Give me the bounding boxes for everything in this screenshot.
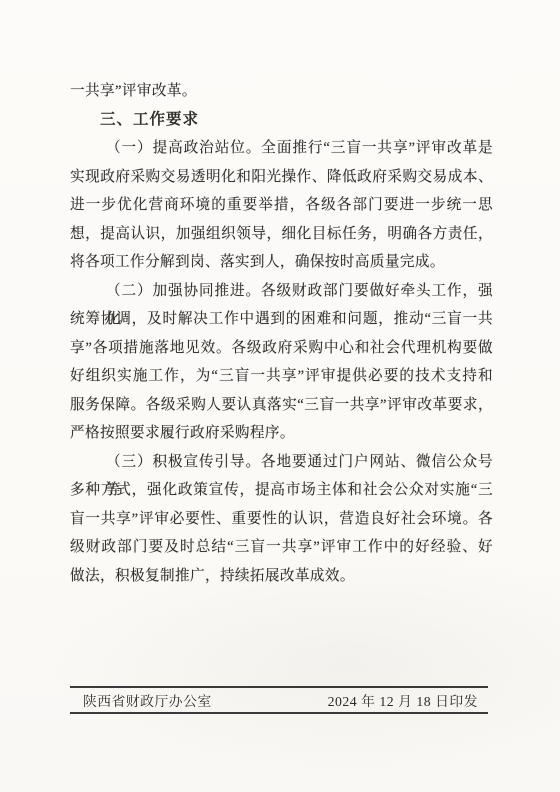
section-heading: 三、工作要求 bbox=[70, 106, 493, 135]
document-text-line: 盲一共享”评审必要性、重要性的认识，营造良好社会环境。各 bbox=[70, 505, 493, 534]
document-text-line: 想，提高认识，加强组织领导，细化目标任务，明确各方责任， bbox=[70, 220, 493, 249]
document-text-line: 服务保障。各级采购人要认真落实“三盲一共享”评审改革要求， bbox=[70, 391, 493, 420]
document-page: 一共享”评审改革。三、工作要求（一）提高政治站位。全面推行“三盲一共享”评审改革… bbox=[0, 0, 560, 792]
document-text-line: 统筹协调，及时解决工作中遇到的困难和问题，推动“三盲一共 bbox=[70, 305, 493, 334]
document-body: 一共享”评审改革。三、工作要求（一）提高政治站位。全面推行“三盲一共享”评审改革… bbox=[70, 77, 493, 590]
footer-print-date: 2024 年 12 月 18 日印发 bbox=[328, 690, 478, 710]
document-text-line: 级财政部门要及时总结“三盲一共享”评审工作中的好经验、好 bbox=[70, 533, 493, 562]
footer-issuer: 陕西省财政厅办公室 bbox=[83, 690, 212, 710]
document-text-line: 多种方式，强化政策宣传，提高市场主体和社会公众对实施“三 bbox=[70, 476, 493, 505]
document-text-line: 进一步优化营商环境的重要举措，各级各部门要进一步统一思 bbox=[70, 191, 493, 220]
document-text-line: （一）提高政治站位。全面推行“三盲一共享”评审改革是 bbox=[70, 134, 493, 163]
document-text-line: （二）加强协同推进。各级财政部门要做好牵头工作，强化 bbox=[70, 277, 493, 306]
document-text-line: 一共享”评审改革。 bbox=[70, 77, 493, 106]
document-text-line: 享”各项措施落地见效。各级政府采购中心和社会代理机构要做 bbox=[70, 334, 493, 363]
document-text-line: 将各项工作分解到岗、落实到人，确保按时高质量完成。 bbox=[70, 248, 493, 277]
document-text-line: 做法，积极复制推广，持续拓展改革成效。 bbox=[70, 562, 493, 591]
document-text-line: 好组织实施工作，为“三盲一共享”评审提供必要的技术支持和 bbox=[70, 362, 493, 391]
document-text-line: （三）积极宣传引导。各地要通过门户网站、微信公众号等 bbox=[70, 448, 493, 477]
document-text-line: 实现政府采购交易透明化和阳光操作、降低政府采购交易成本、 bbox=[70, 163, 493, 192]
document-footer: 陕西省财政厅办公室 2024 年 12 月 18 日印发 bbox=[70, 686, 488, 714]
document-text-line: 严格按照要求履行政府采购程序。 bbox=[70, 419, 493, 448]
